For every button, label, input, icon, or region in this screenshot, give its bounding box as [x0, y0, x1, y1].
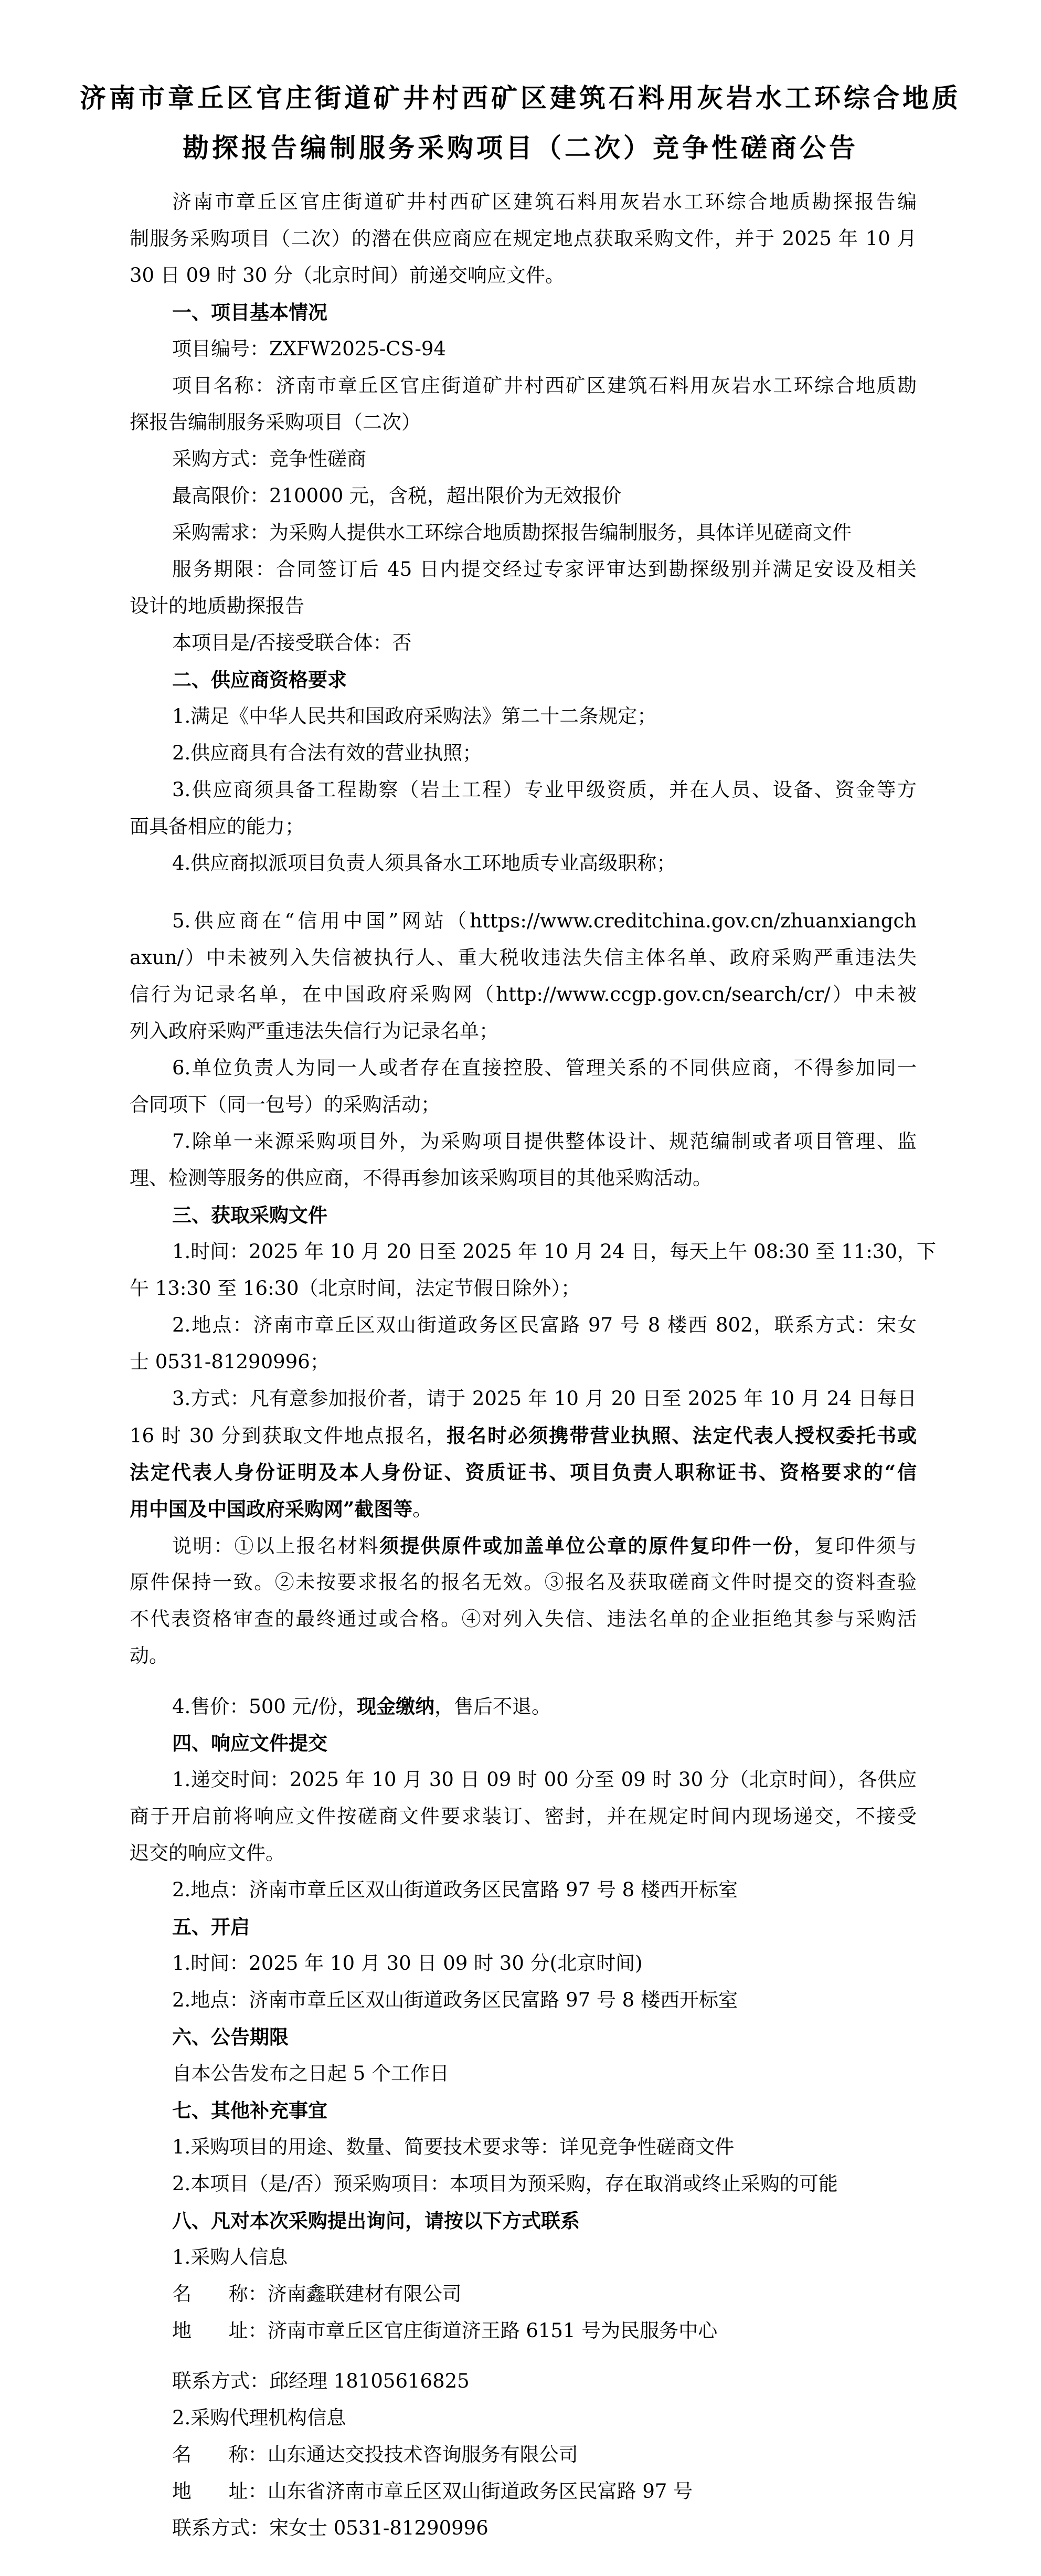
requirement-6-line: 合同项下（同一包号）的采购活动；	[130, 1086, 917, 1123]
obtain-method-text: 。	[412, 1498, 432, 1521]
requirement-2: 2.供应商具有合法有效的营业执照；	[130, 735, 917, 772]
obtain-method-line: 16 时 30 分到获取文件地点报名，报名时必须携带营业执照、法定代表人授权委托…	[130, 1417, 917, 1454]
note-line: 原件保持一致。②未按要求报名的报名无效。③报名及获取磋商文件时提交的资料查验	[130, 1564, 917, 1601]
buyer-contact: 联系方式：邱经理 18105616825	[130, 2363, 917, 2400]
spacer	[130, 1674, 917, 1688]
agent-contact: 联系方式：宋女士 0531-81290996	[130, 2510, 917, 2547]
spacer	[130, 882, 917, 903]
section-heading-1: 一、项目基本情况	[130, 294, 917, 331]
submit-time-line: 1.递交时间：2025 年 10 月 30 日 09 时 00 分至 09 时 …	[130, 1761, 917, 1798]
obtain-method-text: 16 时 30 分到获取文件地点报名，	[130, 1424, 447, 1447]
service-period-line: 服务期限：合同签订后 45 日内提交经过专家评审达到勘探级别并满足安设及相关	[130, 551, 917, 588]
price-emphasis: 现金缴纳	[357, 1695, 434, 1718]
section-heading-2: 二、供应商资格要求	[130, 661, 917, 698]
requirement-1: 1.满足《中华人民共和国政府采购法》第二十二条规定；	[130, 698, 917, 735]
note-emphasis: 须提供原件或加盖单位公章的原件复印件一份	[379, 1534, 794, 1557]
requirement-5-line: 列入政府采购严重违法失信行为记录名单；	[130, 1013, 917, 1050]
intro-line: 济南市章丘区官庄街道矿井村西矿区建筑石料用灰岩水工环综合地质勘探报告编	[130, 184, 917, 220]
obtain-time-line: 午 13:30 至 16:30（北京时间，法定节假日除外）；	[130, 1270, 917, 1307]
requirement-7-line: 理、检测等服务的供应商，不得再参加该采购项目的其他采购活动。	[130, 1160, 917, 1197]
supplementary-item-1: 1.采购项目的用途、数量、简要技术要求等：详见竞争性磋商文件	[130, 2129, 917, 2166]
document-title-line-1: 济南市章丘区官庄街道矿井村西矿区建筑石料用灰岩水工环综合地质	[0, 82, 1041, 114]
buyer-name: 名 称：济南鑫联建材有限公司	[130, 2276, 917, 2313]
note-line: 不代表资格审查的最终通过或合格。④对列入失信、违法名单的企业拒绝其参与采购活	[130, 1601, 917, 1638]
obtain-method-emphasis: 法定代表人身份证明及本人身份证、资质证书、项目负责人职称证书、资格要求的“信	[130, 1461, 917, 1484]
requirement-6-line: 6.单位负责人为同一人或者存在直接控股、管理关系的不同供应商，不得参加同一	[130, 1050, 917, 1086]
max-price: 最高限价：210000 元，含税，超出限价为无效报价	[130, 478, 917, 514]
agent-address: 地 址：山东省济南市章丘区双山街道政务区民富路 97 号	[130, 2473, 917, 2510]
document-price: 4.售价：500 元/份，现金缴纳，售后不退。	[130, 1688, 917, 1725]
opening-time: 1.时间：2025 年 10 月 30 日 09 时 30 分(北京时间)	[130, 1945, 917, 1982]
price-text: ，售后不退。	[434, 1695, 551, 1718]
supplementary-item-2: 2.本项目（是/否）预采购项目：本项目为预采购，存在取消或终止采购的可能	[130, 2166, 917, 2202]
section-heading-7: 七、其他补充事宜	[130, 2092, 917, 2129]
project-number: 项目编号：ZXFW2025-CS-94	[130, 331, 917, 367]
requirement-3-line: 3.供应商须具备工程勘察（岩土工程）专业甲级资质，并在人员、设备、资金等方	[130, 772, 917, 808]
obtain-method-line: 3.方式：凡有意参加报价者，请于 2025 年 10 月 20 日至 2025 …	[130, 1380, 917, 1417]
spacer	[130, 2349, 917, 2363]
requirement-5-line: 信行为记录名单，在中国政府采购网（http://www.ccgp.gov.cn/…	[130, 976, 917, 1013]
requirement-5-line: 5.供应商在“信用中国”网站（https://www.creditchina.g…	[130, 903, 917, 939]
note-line: 说明：①以上报名材料须提供原件或加盖单位公章的原件复印件一份，复印件须与	[130, 1527, 917, 1564]
section-heading-4: 四、响应文件提交	[130, 1725, 917, 1761]
consortium-note: 本项目是/否接受联合体：否	[130, 625, 917, 661]
opening-place: 2.地点：济南市章丘区双山街道政务区民富路 97 号 8 楼西开标室	[130, 1982, 917, 2019]
procurement-demand: 采购需求：为采购人提供水工环综合地质勘探报告编制服务，具体详见磋商文件	[130, 514, 917, 551]
document-title-line-2: 勘探报告编制服务采购项目（二次）竞争性磋商公告	[0, 132, 1041, 164]
service-period-line: 设计的地质勘探报告	[130, 588, 917, 625]
announcement-page: 济南市章丘区官庄街道矿井村西矿区建筑石料用灰岩水工环综合地质 勘探报告编制服务采…	[0, 0, 1041, 2576]
intro-line: 30 日 09 时 30 分（北京时间）前递交响应文件。	[130, 257, 917, 294]
price-text: 4.售价：500 元/份，	[172, 1695, 357, 1718]
section-heading-8: 八、凡对本次采购提出询问，请按以下方式联系	[130, 2202, 917, 2239]
obtain-method-line: 用中国及中国政府采购网”截图等。	[130, 1491, 917, 1527]
procurement-method: 采购方式：竞争性磋商	[130, 441, 917, 478]
agent-info-title: 2.采购代理机构信息	[130, 2400, 917, 2436]
section-heading-6: 六、公告期限	[130, 2019, 917, 2055]
project-name-line: 项目名称：济南市章丘区官庄街道矿井村西矿区建筑石料用灰岩水工环综合地质勘	[130, 367, 917, 404]
requirement-3-line: 面具备相应的能力；	[130, 808, 917, 845]
document-body: 济南市章丘区官庄街道矿井村西矿区建筑石料用灰岩水工环综合地质勘探报告编 制服务采…	[130, 184, 917, 2547]
obtain-place-line: 2.地点：济南市章丘区双山街道政务区民富路 97 号 8 楼西 802，联系方式…	[130, 1307, 917, 1344]
section-heading-3: 三、获取采购文件	[130, 1197, 917, 1233]
note-line: 动。	[130, 1638, 917, 1674]
note-text: ，复印件须与	[794, 1535, 917, 1557]
submit-time-line: 迟交的响应文件。	[130, 1835, 917, 1872]
section-heading-5: 五、开启	[130, 1908, 917, 1945]
obtain-method-emphasis: 用中国及中国政府采购网”截图等	[130, 1497, 412, 1521]
announcement-period: 自本公告发布之日起 5 个工作日	[130, 2055, 917, 2092]
obtain-method-emphasis: 报名时必须携带营业执照、法定代表人授权委托书或	[447, 1424, 917, 1447]
obtain-time-line: 1.时间：2025 年 10 月 20 日至 2025 年 10 月 24 日，…	[130, 1233, 917, 1270]
buyer-address: 地 址：济南市章丘区官庄街道济王路 6151 号为民服务中心	[130, 2313, 917, 2349]
note-text: 说明：①以上报名材料	[172, 1535, 379, 1557]
buyer-info-title: 1.采购人信息	[130, 2239, 917, 2276]
requirement-4: 4.供应商拟派项目负责人须具备水工环地质专业高级职称；	[130, 845, 917, 882]
submit-time-line: 商于开启前将响应文件按磋商文件要求装订、密封，并在规定时间内现场递交，不接受	[130, 1798, 917, 1835]
obtain-place-line: 士 0531-81290996；	[130, 1344, 917, 1380]
submit-place: 2.地点：济南市章丘区双山街道政务区民富路 97 号 8 楼西开标室	[130, 1872, 917, 1908]
obtain-method-line: 法定代表人身份证明及本人身份证、资质证书、项目负责人职称证书、资格要求的“信	[130, 1454, 917, 1491]
intro-line: 制服务采购项目（二次）的潜在供应商应在规定地点获取采购文件，并于 2025 年 …	[130, 220, 917, 257]
requirement-7-line: 7.除单一来源采购项目外，为采购项目提供整体设计、规范编制或者项目管理、监	[130, 1123, 917, 1160]
project-name-line: 探报告编制服务采购项目（二次）	[130, 404, 917, 441]
requirement-5-line: axun/）中未被列入失信被执行人、重大税收违法失信主体名单、政府采购严重违法失	[130, 939, 917, 976]
agent-name: 名 称：山东通达交投技术咨询服务有限公司	[130, 2436, 917, 2473]
